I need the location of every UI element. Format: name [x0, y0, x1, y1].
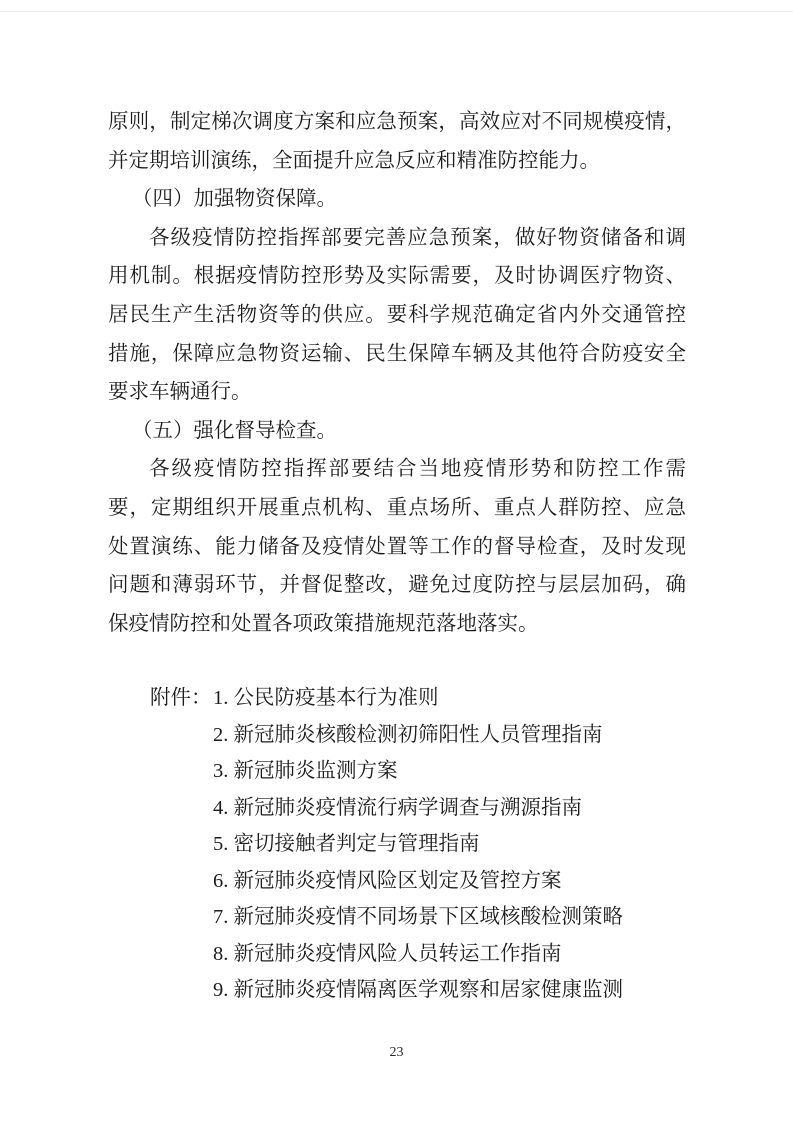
attachment-item: 7. 新冠肺炎疫情不同场景下区域核酸检测策略	[213, 899, 708, 936]
body-line: 居民生产生活物资等的供应。要科学规范确定省内外交通管控	[108, 296, 686, 335]
body-line: 用机制。根据疫情防控形势及实际需要，及时协调医疗物资、	[108, 257, 686, 296]
body-line: 并定期培训演练，全面提升应急反应和精准防控能力。	[108, 142, 686, 181]
attachment-item: 2. 新冠肺炎核酸检测初筛阳性人员管理指南	[213, 717, 708, 754]
body-line: 各级疫情防控指挥部要结合当地疫情形势和防控工作需	[108, 450, 686, 489]
attachment-item: 8. 新冠肺炎疫情风险人员转运工作指南	[213, 936, 708, 973]
attachment-item: 5. 密切接触者判定与管理指南	[213, 826, 708, 863]
scan-artifact-line	[0, 11, 793, 12]
body-line: 要，定期组织开展重点机构、重点场所、重点人群防控、应急	[108, 489, 686, 528]
document-page: 原则，制定梯次调度方案和应急预案，高效应对不同规模疫情， 并定期培训演练，全面提…	[0, 0, 793, 1122]
attachments-label: 附件：	[150, 680, 212, 717]
document-body: 原则，制定梯次调度方案和应急预案，高效应对不同规模疫情， 并定期培训演练，全面提…	[108, 103, 686, 643]
attachments-list: 附件： 1. 公民防疫基本行为准则 2. 新冠肺炎核酸检测初筛阳性人员管理指南 …	[108, 680, 708, 1009]
body-line: 原则，制定梯次调度方案和应急预案，高效应对不同规模疫情，	[108, 103, 686, 142]
body-line: 措施，保障应急物资运输、民生保障车辆及其他符合防疫安全	[108, 335, 686, 374]
page-number: 23	[0, 1044, 793, 1062]
attachment-item: 4. 新冠肺炎疫情流行病学调查与溯源指南	[213, 790, 708, 827]
attachment-item: 6. 新冠肺炎疫情风险区划定及管控方案	[213, 863, 708, 900]
body-line: 要求车辆通行。	[108, 373, 686, 412]
section-heading-4: （四）加强物资保障。	[108, 180, 686, 219]
attachment-item: 1. 公民防疫基本行为准则	[213, 680, 708, 717]
attachment-item: 3. 新冠肺炎监测方案	[213, 753, 708, 790]
body-line: 保疫情防控和处置各项政策措施规范落地落实。	[108, 605, 686, 644]
body-line: 各级疫情防控指挥部要完善应急预案，做好物资储备和调	[108, 219, 686, 258]
section-heading-5: （五）强化督导检查。	[108, 412, 686, 451]
attachment-item: 9. 新冠肺炎疫情隔离医学观察和居家健康监测	[213, 972, 708, 1009]
body-line: 问题和薄弱环节，并督促整改，避免过度防控与层层加码，确	[108, 566, 686, 605]
body-line: 处置演练、能力储备及疫情处置等工作的督导检查，及时发现	[108, 528, 686, 567]
